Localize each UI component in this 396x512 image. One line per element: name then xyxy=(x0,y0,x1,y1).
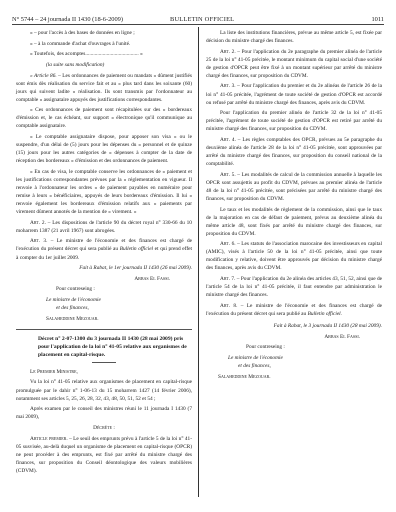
publication-title: BULLETIN OFFICIEL xyxy=(170,16,234,23)
article-2: Art. 2. – Les dispositions de l'article … xyxy=(16,219,192,235)
right-column: La liste des institutions financières, p… xyxy=(206,29,382,383)
article-86: « Article 86. – Les ordonnances de paiem… xyxy=(16,72,192,104)
vu-paragraph: Vu la loi n° 41-05 relative aux organism… xyxy=(16,378,192,402)
contreseing-label: Pour contreseing : xyxy=(206,343,382,351)
article-label: Art. 2. xyxy=(220,49,236,55)
article-86-label: « Article 86. xyxy=(30,73,57,79)
paragraph: « Le comptable assignataire dispose, pou… xyxy=(16,133,192,165)
section-separator xyxy=(16,329,192,330)
signatory: Abbas El Fassi. xyxy=(206,333,382,341)
article-label: Art. 8. xyxy=(220,303,237,309)
article-label: Art. 7. xyxy=(220,276,235,282)
minister-name: Salaheddine Mezouar. xyxy=(206,373,382,381)
article-label: Art. 5. xyxy=(220,172,236,178)
minister-title: Le ministre de l'économie xyxy=(16,296,192,304)
minister-name: Salaheddine Mezouar. xyxy=(16,315,192,323)
quoted-item: « – à la commande d'achat d'ouvrages à l… xyxy=(16,40,192,48)
article-paragraph: Art. 3. – Pour l'application du premier … xyxy=(206,82,382,106)
article-paragraph: Art. 5. – Les modalités de calcul de la … xyxy=(206,171,382,203)
bulletin-officiel-ref: Bulletin officiel xyxy=(120,246,153,252)
article-paragraph: Art. 6. – Les statuts de l'association m… xyxy=(206,240,382,272)
article-label: Art. 3. xyxy=(30,238,47,244)
signatory: Abbas El Fassi. xyxy=(16,275,192,283)
left-column: « – pour l'accès à des bases de données … xyxy=(16,29,192,477)
article-label: Art. 4. xyxy=(220,137,236,143)
article-paragraph: Art. 7. – Pour l'application du 2e aliné… xyxy=(206,275,382,299)
header-rule xyxy=(12,24,384,25)
paragraph: « En cas de visa, le comptable conserve … xyxy=(16,168,192,216)
minister-title: et des finances, xyxy=(206,362,382,370)
article-paragraph: Le taux et les modalités de règlement de… xyxy=(206,206,382,238)
minister-title: et des finances, xyxy=(16,304,192,312)
minister-title: Le ministre de l'économie xyxy=(206,354,382,362)
quoted-item: « – pour l'accès à des bases de données … xyxy=(16,29,192,37)
article-label: Art. 2. xyxy=(30,220,46,226)
article-text: Le taux et les modalités de règlement de… xyxy=(206,207,382,237)
fait-a-line: Fait à Rabat, le 1er journada II 1430 (2… xyxy=(16,264,192,272)
article-text: Pour l'application du premier alinéa de … xyxy=(206,110,382,132)
article-paragraph: Art. 4. – Les règles comptables des OPCR… xyxy=(206,136,382,168)
quoted-item: « Toutefois, des acomptes...............… xyxy=(16,50,192,58)
bulletin-page: N° 5744 – 24 journada II 1430 (18-6-2009… xyxy=(0,0,396,512)
intro-paragraph: La liste des institutions financières, p… xyxy=(206,29,382,45)
contreseing-label: Pour contreseing : xyxy=(16,285,192,293)
article-8: Art. 8. – Le ministre de l'économie et d… xyxy=(206,302,382,318)
article-premier: Article premier. – Le seuil des emprunts… xyxy=(16,435,192,475)
article-paragraph: Pour l'application du premier alinéa de … xyxy=(206,109,382,133)
article-label: Art. 3. xyxy=(220,83,236,89)
premier-ministre: Le Premier Ministre, xyxy=(16,368,192,376)
article-3: Art. 3. – Le ministre de l'économie et d… xyxy=(16,237,192,261)
title-rule xyxy=(92,362,116,363)
apres-paragraph: Après examen par le conseil des ministre… xyxy=(16,405,192,421)
decree-title: Décret n° 2-07-1300 du 3 journada II 143… xyxy=(16,335,192,359)
article-label: Article premier. xyxy=(30,436,68,442)
issue-label: N° 5744 – 24 journada II 1430 (18-6-2009… xyxy=(12,16,123,23)
decrete-heading: Décrète : xyxy=(16,424,192,432)
bulletin-officiel-ref: Bulletin officiel. xyxy=(308,311,342,317)
article-paragraph: Art. 2. – Pour l'application du 2e parag… xyxy=(206,48,382,80)
fait-a-line: Fait à Rabat, le 3 journada II 1430 (28 … xyxy=(206,322,382,330)
article-label: Art. 6. xyxy=(220,241,236,247)
paragraph: « Ces ordonnances de paiement sont récap… xyxy=(16,106,192,130)
page-number: 1011 xyxy=(371,16,384,23)
page-header: N° 5744 – 24 journada II 1430 (18-6-2009… xyxy=(12,12,384,23)
suite-note: (la suite sans modification) xyxy=(16,61,192,69)
column-divider xyxy=(198,27,199,497)
